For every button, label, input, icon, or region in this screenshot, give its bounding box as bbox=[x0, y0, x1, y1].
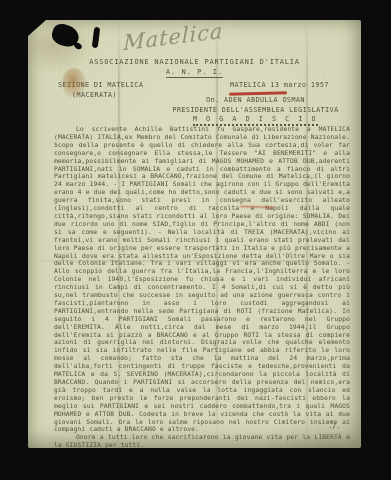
recipient-city: M O G A D I S C I O bbox=[148, 115, 363, 123]
body-paragraph-2: Onore a tutti loro che sacrificarono la … bbox=[54, 434, 350, 450]
red-underline-mark bbox=[229, 91, 287, 95]
body-paragraph-1: Lo scrivente Achille Battistini fu Gaspa… bbox=[54, 126, 350, 434]
stain bbox=[62, 68, 86, 98]
letterhead-organization: ASSOCIAZIONE NAZIONALE PARTIGIANI D'ITAL… bbox=[28, 58, 361, 66]
continuation-mark: ./. bbox=[328, 422, 341, 430]
letter-body: Lo scrivente Achille Battistini fu Gaspa… bbox=[54, 126, 350, 450]
recipient-block: On. ADEN ABDULLA OSMAN PRESIDENTE DELL'A… bbox=[148, 96, 363, 123]
scanned-letter: Matelica ASSOCIAZIONE NAZIONALE PARTIGIA… bbox=[0, 0, 391, 480]
letterhead-acronym-text: A. N. P. I. bbox=[166, 68, 223, 78]
recipient-city-text: M O G A D I S C I O bbox=[193, 115, 318, 126]
handwritten-annotation: Matelica bbox=[123, 17, 243, 56]
recipient-title: PRESIDENTE DELL'ASSEMBLEA LEGISLATIVA bbox=[148, 106, 363, 114]
recipient-name: On. ADEN ABDULLA OSMAN bbox=[148, 96, 363, 104]
paper: Matelica ASSOCIAZIONE NAZIONALE PARTIGIA… bbox=[28, 20, 361, 448]
dateline: MATELICA 13 marzo 1957 bbox=[230, 81, 329, 89]
